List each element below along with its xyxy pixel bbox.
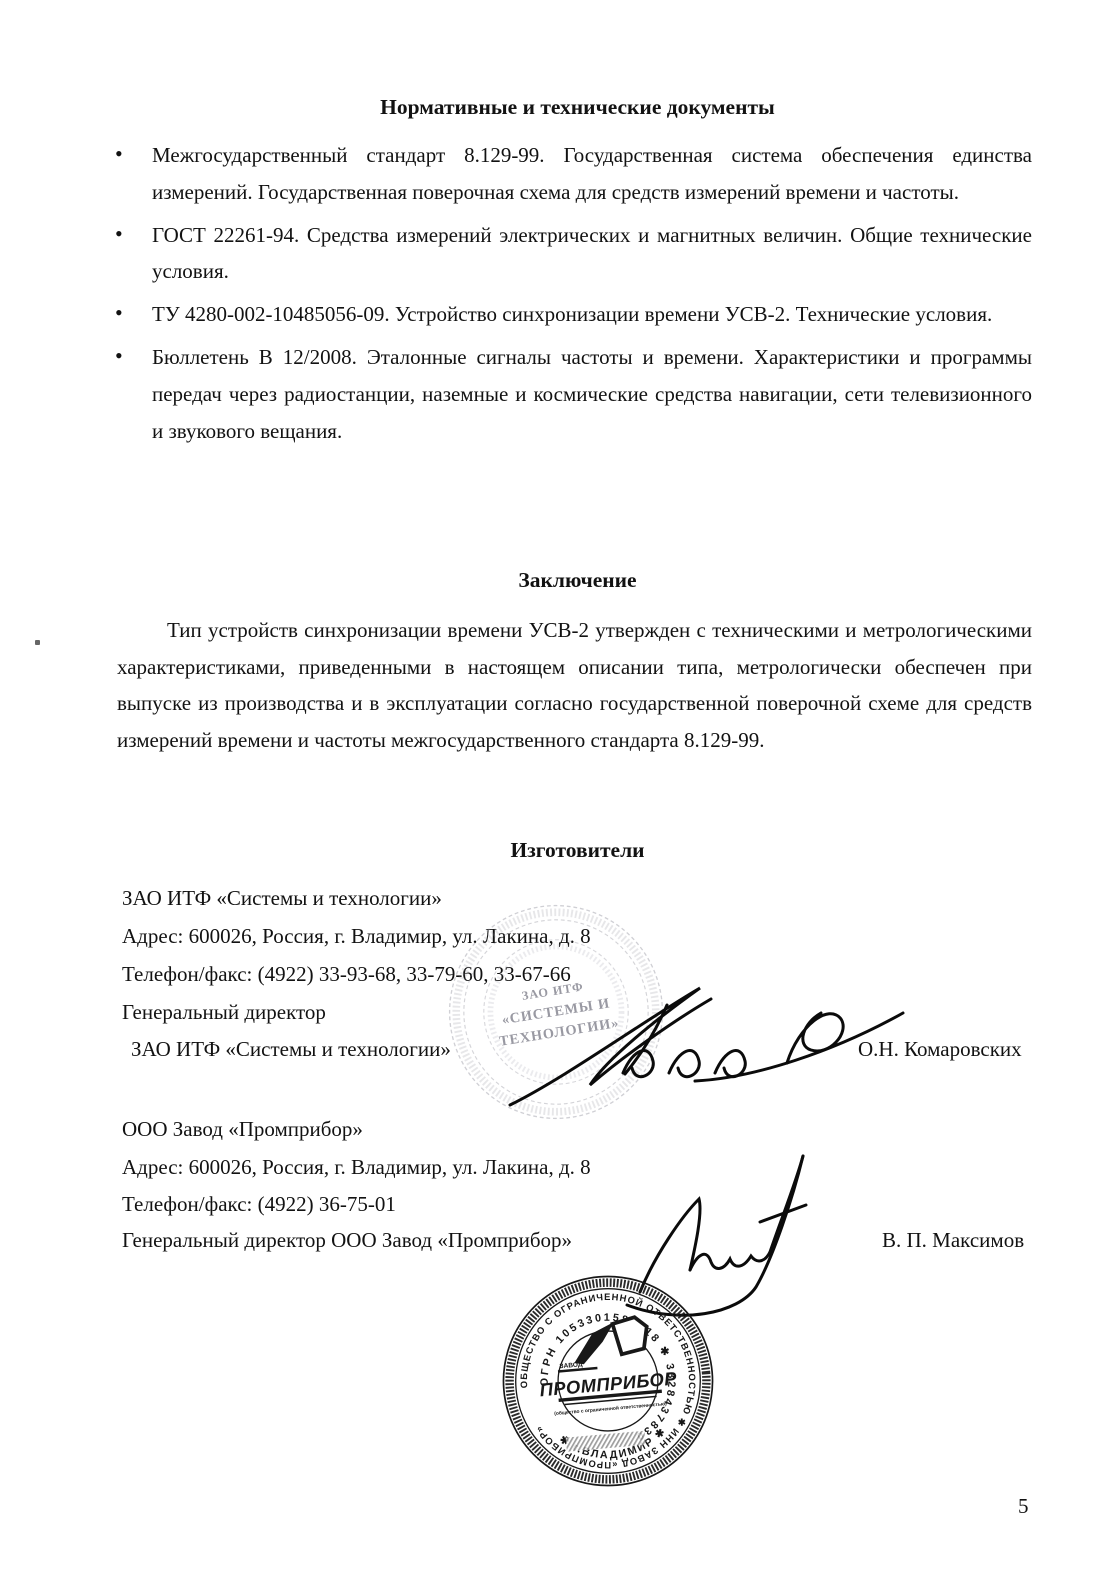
signature-komarovskikh bbox=[495, 975, 915, 1120]
list-item: Бюллетень В 12/2008. Эталонные сигналы ч… bbox=[108, 339, 1032, 449]
page-number: 5 bbox=[1018, 1494, 1029, 1519]
list-item: ГОСТ 22261-94. Средства измерений электр… bbox=[108, 217, 1032, 291]
list-item: Межгосударственный стандарт 8.129-99. Го… bbox=[108, 137, 1032, 211]
list-item-text: Бюллетень В 12/2008. Эталонные сигналы ч… bbox=[152, 345, 1032, 443]
normative-docs-list: Межгосударственный стандарт 8.129-99. Го… bbox=[108, 137, 1032, 455]
scan-artifact-dot bbox=[35, 640, 40, 645]
list-item-text: Межгосударственный стандарт 8.129-99. Го… bbox=[152, 143, 1032, 204]
section-title-conclusion: Заключение bbox=[120, 568, 1035, 593]
section-title-normative-docs: Нормативные и технические документы bbox=[120, 95, 1035, 120]
conclusion-paragraph: Тип устройств синхронизации времени УСВ-… bbox=[117, 612, 1032, 759]
section-title-manufacturers: Изготовители bbox=[120, 838, 1035, 863]
company-seal-prompribor: ОБЩЕСТВО С ОГРАНИЧЕННОЙ ОТВЕТСТВЕННОСТЬЮ… bbox=[495, 1268, 721, 1494]
manufacturer2-address: Адрес: 600026, Россия, г. Владимир, ул. … bbox=[122, 1155, 591, 1180]
manufacturer2-director-name: В. П. Максимов bbox=[882, 1228, 1024, 1253]
manufacturer2-phone: Телефон/факс: (4922) 36-75-01 bbox=[122, 1192, 396, 1217]
manufacturer1-name: ЗАО ИТФ «Системы и технологии» bbox=[122, 886, 442, 911]
manufacturer2-name: ООО Завод «Промприбор» bbox=[122, 1117, 363, 1142]
manufacturer1-director-org: ЗАО ИТФ «Системы и технологии» bbox=[131, 1037, 451, 1062]
manufacturer1-director-title: Генеральный директор bbox=[122, 1000, 326, 1025]
seal-center-subtext: (общество с ограниченной ответственность… bbox=[554, 1400, 667, 1417]
manufacturer2-director-line: Генеральный директор ООО Завод «Промприб… bbox=[122, 1228, 572, 1253]
list-item-text: ТУ 4280-002-10485056-09. Устройство синх… bbox=[152, 302, 992, 326]
list-item-text: ГОСТ 22261-94. Средства измерений электр… bbox=[152, 223, 1032, 284]
document-page: Нормативные и технические документы Межг… bbox=[0, 0, 1119, 1582]
list-item: ТУ 4280-002-10485056-09. Устройство синх… bbox=[108, 296, 1032, 333]
